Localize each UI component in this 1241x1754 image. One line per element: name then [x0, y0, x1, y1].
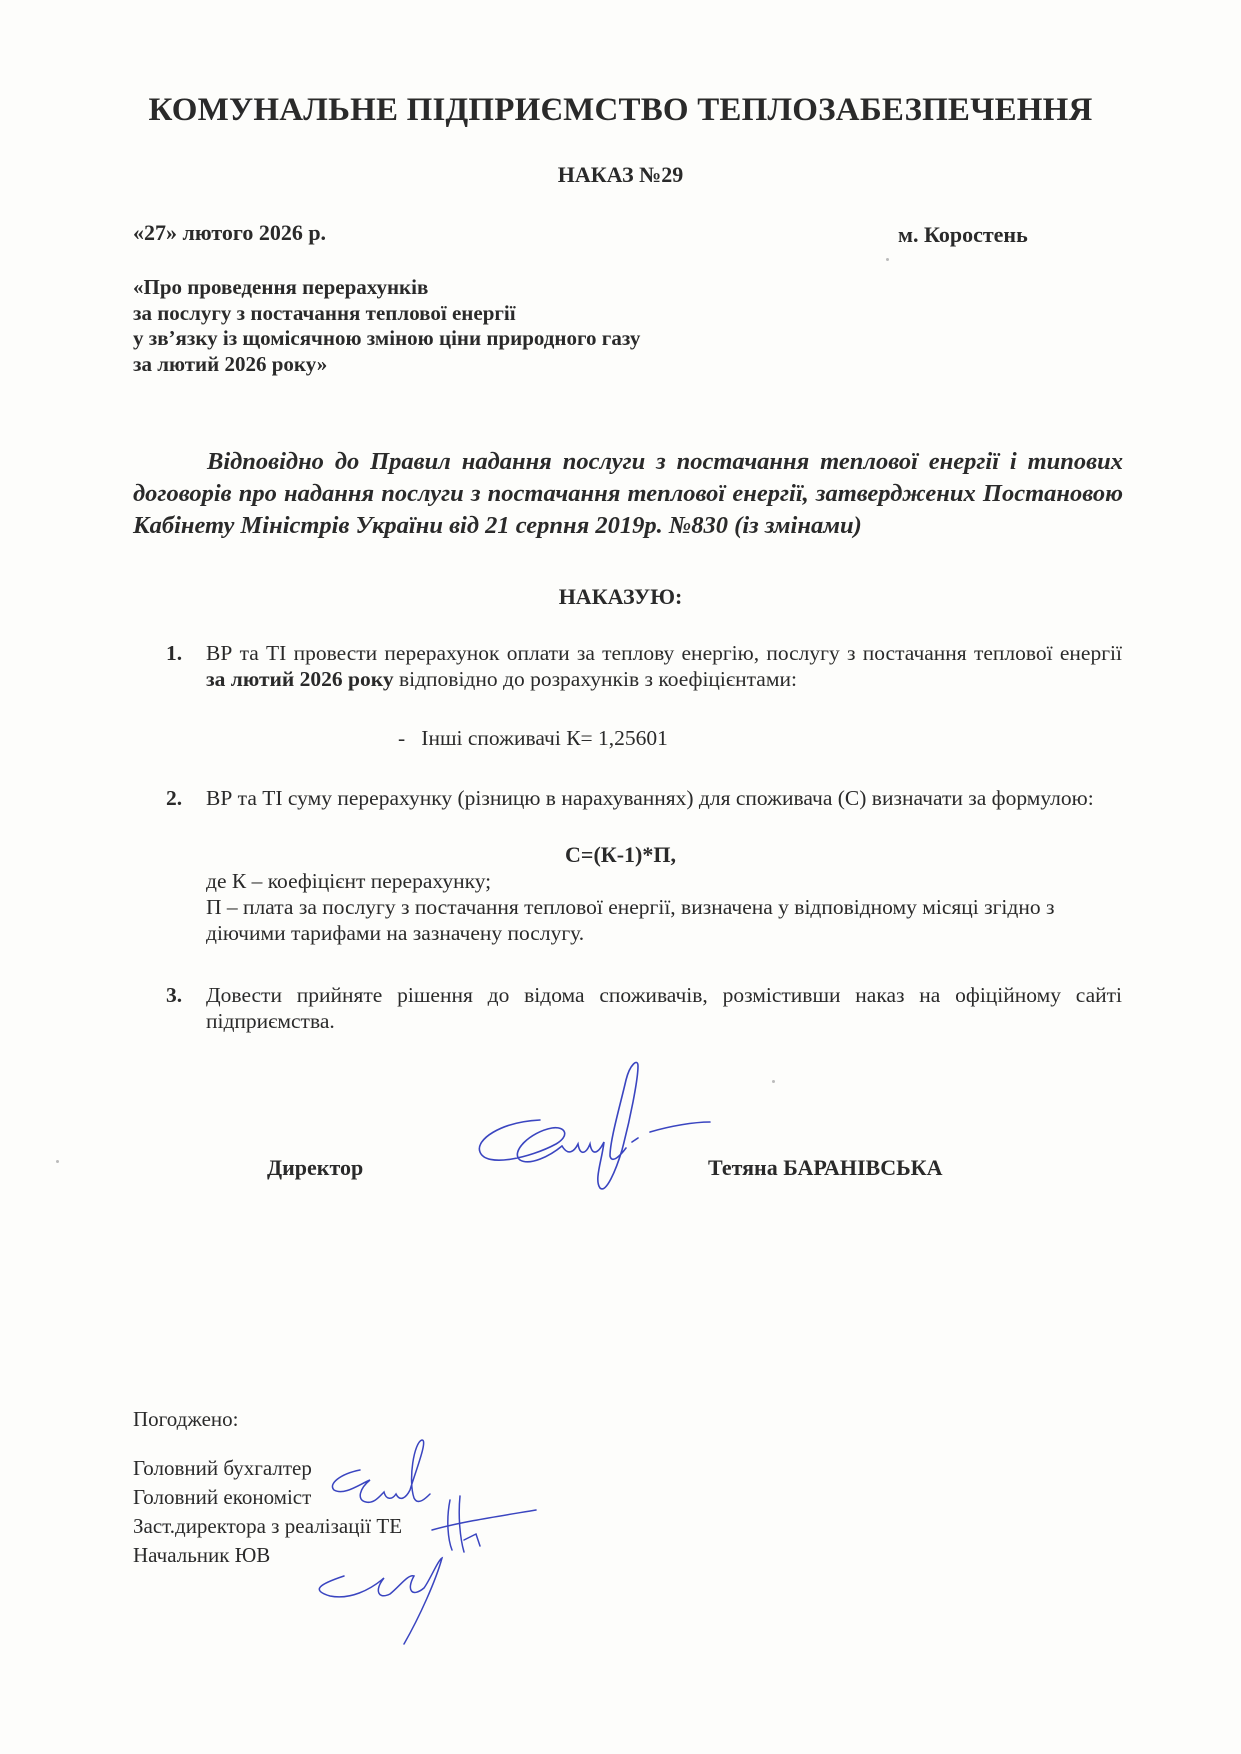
scan-speck — [886, 258, 889, 261]
formula-definitions: де К – коефіцієнт перерахунку; П – плата… — [166, 868, 1122, 946]
subject-line: у зв’язку із щомісячною зміною ціни прир… — [133, 326, 640, 352]
order-word: НАКАЗУЮ: — [0, 584, 1241, 610]
subject-line: за лютий 2026 року» — [133, 352, 640, 378]
item-text: ВР та ТІ провести перерахунок оплати за … — [206, 640, 1122, 692]
scan-speck — [56, 1160, 59, 1163]
definition-k: де К – коефіцієнт перерахунку; — [206, 868, 1066, 894]
order-item-2: 2. ВР та ТІ суму перерахунку (різницю в … — [166, 785, 1122, 811]
director-signature-icon — [470, 1060, 740, 1210]
item-text-part: ВР та ТІ провести перерахунок оплати за … — [206, 641, 1122, 665]
item-text-part: відповідно до розрахунків з коефіцієнтам… — [394, 667, 797, 691]
order-city: м. Коростень — [898, 222, 1028, 248]
item-text: ВР та ТІ суму перерахунку (різницю в нар… — [206, 785, 1122, 811]
definition-p: П – плата за послугу з постачання теплов… — [206, 894, 1066, 946]
order-subject: «Про проведення перерахунків за послугу … — [133, 275, 640, 377]
subject-line: за послугу з постачання теплової енергії — [133, 301, 640, 327]
preamble: Відповідно до Правил надання послуги з п… — [133, 446, 1123, 542]
order-number: НАКАЗ №29 — [0, 162, 1241, 188]
scan-speck — [772, 1080, 775, 1083]
director-title: Директор — [267, 1155, 363, 1181]
director-name: Тетяна БАРАНІВСЬКА — [708, 1155, 942, 1181]
coefficient-line: - Інші споживачі К= 1,25601 — [398, 726, 668, 751]
order-item-3: 3. Довести прийняте рішення до відома сп… — [166, 982, 1122, 1034]
formula: С=(К-1)*П, — [0, 842, 1241, 868]
order-date: «27» лютого 2026 р. — [133, 220, 326, 246]
preamble-text: Відповідно до Правил надання послуги з п… — [133, 448, 1123, 539]
item-text-bold: за лютий 2026 року — [206, 667, 394, 691]
organization-title: КОМУНАЛЬНЕ ПІДПРИЄМСТВО ТЕПЛОЗАБЕЗПЕЧЕНН… — [0, 92, 1241, 129]
item-number: 3. — [166, 982, 182, 1008]
item-text: Довести прийняте рішення до відома спожи… — [206, 982, 1122, 1034]
item-number: 2. — [166, 785, 182, 811]
approval-signatures-icon — [300, 1440, 560, 1650]
item-number: 1. — [166, 640, 182, 666]
approvals-heading: Погоджено: — [133, 1405, 238, 1434]
order-item-1: 1. ВР та ТІ провести перерахунок оплати … — [166, 640, 1122, 692]
subject-line: «Про проведення перерахунків — [133, 275, 640, 301]
